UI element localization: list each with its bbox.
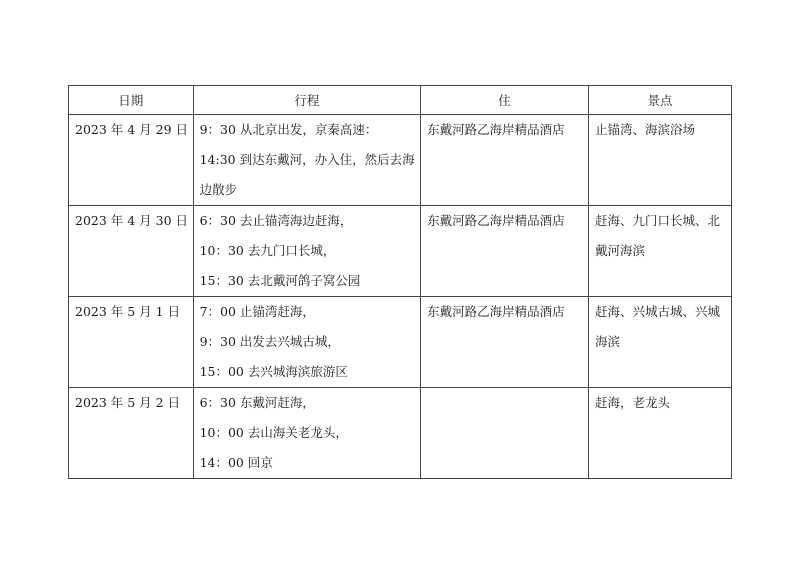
itinerary-line: 14:30 到达东戴河，办入住，然后去海 <box>200 145 415 175</box>
itinerary-line: 10：30 去九门口长城， <box>200 236 415 266</box>
accommodation-cell <box>421 388 589 479</box>
itinerary-line: 6：30 去止锚湾海边赶海， <box>200 206 415 236</box>
itinerary-cell: 9：30 从北京出发，京秦高速： 14:30 到达东戴河，办入住，然后去海 边散… <box>193 115 421 206</box>
attractions-cell: 止锚湾、海滨浴场 <box>588 115 731 206</box>
itinerary-cell: 6：30 去止锚湾海边赶海， 10：30 去九门口长城， 15：30 去北戴河鸽… <box>193 206 421 297</box>
header-itinerary: 行程 <box>193 86 421 115</box>
itinerary-line: 边散步 <box>200 175 415 205</box>
date-cell: 2023 年 5 月 1 日 <box>69 297 194 388</box>
header-accommodation: 住 <box>421 86 589 115</box>
table-row: 2023 年 4 月 29 日 9：30 从北京出发，京秦高速： 14:30 到… <box>69 115 732 206</box>
itinerary-line: 9：30 出发去兴城古城， <box>200 327 415 357</box>
document-page: 日期 行程 住 景点 2023 年 4 月 29 日 9：30 从北京出发，京秦… <box>0 0 800 565</box>
itinerary-line: 15：30 去北戴河鸽子窝公园 <box>200 266 415 296</box>
itinerary-cell: 7：00 止锚湾赶海， 9：30 出发去兴城古城， 15：00 去兴城海滨旅游区 <box>193 297 421 388</box>
table-row: 2023 年 4 月 30 日 6：30 去止锚湾海边赶海， 10：30 去九门… <box>69 206 732 297</box>
itinerary-line: 15：00 去兴城海滨旅游区 <box>200 357 415 387</box>
accommodation-cell: 东戴河路乙海岸精品酒店 <box>421 206 589 297</box>
itinerary-line: 7：00 止锚湾赶海， <box>200 297 415 327</box>
itinerary-line: 14：00 回京 <box>200 448 415 478</box>
header-date: 日期 <box>69 86 194 115</box>
itinerary-line: 6：30 东戴河赶海， <box>200 388 415 418</box>
itinerary-cell: 6：30 东戴河赶海， 10：00 去山海关老龙头， 14：00 回京 <box>193 388 421 479</box>
date-cell: 2023 年 5 月 2 日 <box>69 388 194 479</box>
table-header-row: 日期 行程 住 景点 <box>69 86 732 115</box>
date-cell: 2023 年 4 月 30 日 <box>69 206 194 297</box>
attractions-cell: 赶海，老龙头 <box>588 388 731 479</box>
accommodation-cell: 东戴河路乙海岸精品酒店 <box>421 297 589 388</box>
accommodation-cell: 东戴河路乙海岸精品酒店 <box>421 115 589 206</box>
itinerary-table: 日期 行程 住 景点 2023 年 4 月 29 日 9：30 从北京出发，京秦… <box>68 85 732 479</box>
date-cell: 2023 年 4 月 29 日 <box>69 115 194 206</box>
itinerary-line: 9：30 从北京出发，京秦高速： <box>200 115 415 145</box>
table-row: 2023 年 5 月 1 日 7：00 止锚湾赶海， 9：30 出发去兴城古城，… <box>69 297 732 388</box>
header-attractions: 景点 <box>588 86 731 115</box>
attractions-cell: 赶海、九门口长城、北 戴河海滨 <box>588 206 731 297</box>
itinerary-line: 10：00 去山海关老龙头， <box>200 418 415 448</box>
attractions-cell: 赶海、兴城古城、兴城 海滨 <box>588 297 731 388</box>
table-row: 2023 年 5 月 2 日 6：30 东戴河赶海， 10：00 去山海关老龙头… <box>69 388 732 479</box>
